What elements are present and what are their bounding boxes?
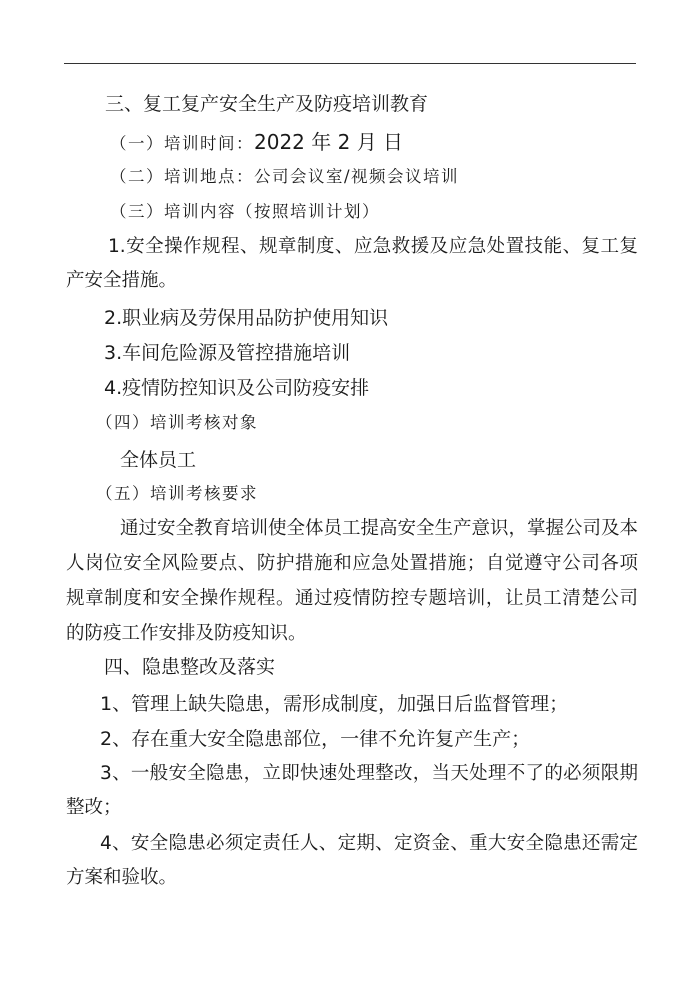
- requirement-heading: （五）培训考核要求: [96, 482, 258, 506]
- training-time-label: （一）培训时间：: [110, 134, 254, 153]
- target-heading: （四）培训考核对象: [96, 411, 258, 435]
- header-rule: [64, 63, 636, 64]
- content-item-4: 4.疫情防控知识及公司防疫安排: [104, 376, 369, 400]
- rectification-item-1: 1、管理上缺失隐患，需形成制度，加强日后监督管理；: [100, 692, 568, 716]
- target-value: 全体员工: [120, 448, 196, 472]
- requirement-text: 通过安全教育培训使全体员工提高安全生产意识，掌握公司及本人岗位安全风险要点、防护…: [66, 511, 638, 651]
- training-time-value: 2022 年 2 月 日: [254, 130, 403, 154]
- rectification-item-2: 2、存在重大安全隐患部位，一律不允许复产生产；: [100, 727, 530, 751]
- rectification-item-4: 4、安全隐患必须定责任人、定期、定资金、重大安全隐患还需定方案和验收。: [66, 827, 638, 895]
- training-time: （一）培训时间：2022 年 2 月 日: [110, 130, 403, 156]
- section4-heading: 四、隐患整改及落实: [104, 655, 275, 679]
- content-item-1: 1.安全操作规程、规章制度、应急救援及应急处置技能、复工复产安全措施。: [66, 230, 638, 298]
- training-place: （二）培训地点：公司会议室/视频会议培训: [110, 165, 459, 189]
- content-item-3: 3.车间危险源及管控措施培训: [104, 341, 350, 365]
- content-item-2: 2.职业病及劳保用品防护使用知识: [104, 306, 388, 330]
- section3-heading: 三、复工复产安全生产及防疫培训教育: [105, 92, 428, 116]
- rectification-item-3: 3、一般安全隐患，立即快速处理整改，当天处理不了的必须限期整改；: [66, 757, 638, 825]
- training-content-heading: （三）培训内容（按照培训计划）: [110, 200, 380, 224]
